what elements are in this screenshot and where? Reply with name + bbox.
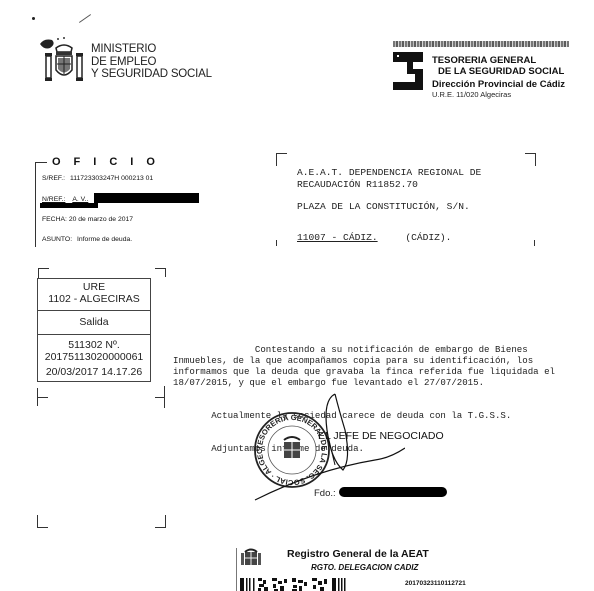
tgss-title-line-2: DE LA SEGURIDAD SOCIAL [432, 66, 564, 77]
address-corner-br [534, 240, 536, 246]
registry-number: 20170323110112721 [405, 580, 466, 587]
stamp-corner-tr [155, 268, 166, 277]
asunto-label: ASUNTO: [42, 236, 72, 243]
sref-label: S/REF.: [42, 175, 65, 182]
address-corner-tr [525, 153, 536, 166]
ministerio-name: MINISTERIO DE EMPLEO Y SEGURIDAD SOCIAL [91, 43, 212, 81]
asunto-line: ASUNTO: Informe de deuda. [42, 236, 132, 243]
tgss-direccion: Dirección Provincial de Cádiz [432, 79, 565, 90]
oficio-rule [35, 162, 47, 163]
body-paragraph-1: Contestando a su notificación de embargo… [173, 344, 573, 388]
spain-coat-of-arms-icon [38, 36, 90, 86]
page-corner-bl [37, 515, 38, 527]
registry-subtitle: RGTO. DELEGACION CADIZ [311, 563, 418, 572]
stamp-corner-bl-h [37, 397, 48, 398]
redacted-block [40, 203, 98, 208]
ministerio-line-2: DE EMPLEO [91, 56, 212, 69]
redacted-signer-name [339, 487, 447, 497]
asunto-value: Informe de deuda. [77, 236, 132, 243]
tgss-logo-icon [393, 52, 423, 90]
fecha-line: FECHA: 20 de marzo de 2017 [42, 216, 133, 223]
address-line-1: A.E.A.T. DEPENDENCIA REGIONAL DE [297, 167, 481, 178]
stamp-unit-line-2: 1102 - ALGECIRAS [38, 293, 150, 305]
page-corner-br-h [155, 527, 166, 528]
stamp-unit-line-1: URE [38, 281, 150, 293]
registry-border [236, 548, 237, 591]
scan-speck [79, 14, 91, 23]
fecha-value: 20 de marzo de 2017 [69, 216, 133, 223]
redacted-block [94, 193, 199, 203]
fecha-label: FECHA: [42, 216, 67, 223]
tgss-title: TESORERIA GENERAL DE LA SEGURIDAD SOCIAL [432, 55, 564, 77]
aeat-crest-icon [240, 548, 262, 567]
scan-speck [32, 17, 35, 20]
tgss-header-pattern [393, 41, 569, 47]
registry-title: Registro General de la AEAT [287, 548, 429, 560]
sref-value: 111723303247H 000213 01 [70, 175, 153, 182]
address-province: (CÁDIZ). [405, 232, 451, 243]
tgss-title-line-1: TESORERIA GENERAL [432, 55, 564, 66]
oficio-rule [35, 162, 36, 247]
ministerio-line-1: MINISTERIO [91, 43, 212, 56]
page-corner-br [165, 515, 166, 527]
stamp-number-line-1: 511302 Nº. [38, 339, 150, 351]
nref-label: N/REF.: [42, 196, 65, 203]
address-postal: 11007 - CÁDIZ. [297, 232, 378, 243]
sref-line: S/REF.: 111723303247H 000213 01 [42, 175, 153, 182]
ministerio-line-3: Y SEGURIDAD SOCIAL [91, 68, 212, 81]
stamp-type: Salida [38, 311, 150, 335]
stamp-unit: URE 1102 - ALGECIRAS [38, 279, 150, 311]
address-line-3: PLAZA DE LA CONSTITUCIÓN, S/N. [297, 201, 470, 212]
tgss-ure: U.R.E. 11/020 Algeciras [432, 90, 511, 99]
registry-stamp: URE 1102 - ALGECIRAS Salida 511302 Nº. 2… [37, 278, 151, 382]
page-corner-bl-h [37, 527, 48, 528]
address-corner-tl [276, 153, 287, 166]
stamp-number: 511302 Nº. 20175113020000061 20/03/2017 … [38, 335, 150, 381]
nref-line: N/REF.: A. V.. [42, 196, 88, 203]
address-line-4: 11007 - CÁDIZ. (CÁDIZ). [297, 232, 451, 243]
oficio-title: OFICIO [52, 156, 168, 168]
registry-barcode [240, 578, 400, 591]
nref-value: A. V.. [72, 196, 88, 203]
stamp-number-line-2: 20175113020000061 [38, 351, 150, 363]
address-line-2: RECAUDACIÓN R11852.70 [297, 179, 418, 190]
stamp-datetime: 20/03/2017 14.17.26 [38, 366, 150, 378]
signature-title: EL JEFE DE NEGOCIADO [318, 430, 444, 442]
address-corner-bl [276, 240, 278, 246]
stamp-corner-br-h [155, 397, 165, 398]
signature-fdo-label: Fdo.: [314, 488, 336, 499]
